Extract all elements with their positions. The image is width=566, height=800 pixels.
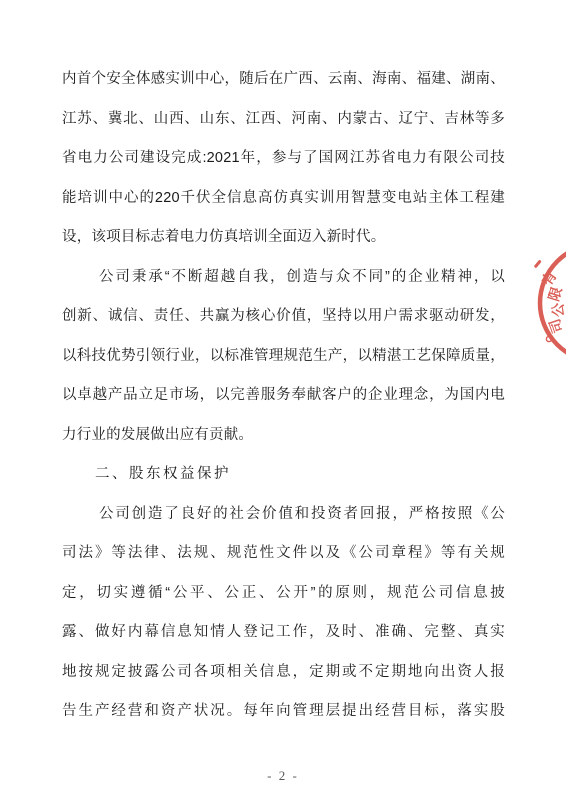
- seal-character: 司: [546, 317, 566, 335]
- text-line: 定，切实遵循“公平、公正、公开”的原则，规范公司信息披: [62, 574, 505, 614]
- text-line: 能培训中心的220千伏全信息高仿真实训用智慧变电站主体工程建: [62, 179, 505, 219]
- text-line: 以卓越产品立足市场，以完善服务奉献客户的企业理念，为国内电: [62, 376, 505, 416]
- text-line: 力行业的发展做出应有贡献。: [62, 416, 505, 456]
- text-line: 创新、诚信、责任、共赢为核心价值，坚持以用户需求驱动研发，: [62, 297, 505, 337]
- document-page: 内首个安全体感实训中心，随后在广西、云南、海南、福建、湖南、 江苏、冀北、山西、…: [0, 0, 566, 800]
- document-body: 内首个安全体感实训中心，随后在广西、云南、海南、福建、湖南、 江苏、冀北、山西、…: [62, 60, 505, 732]
- text-line: 省电力公司建设完成:2021年，参与了国网江苏省电力有限公司技: [62, 139, 505, 179]
- section-heading: 二、股东权益保护: [62, 455, 505, 495]
- text-line: 江苏、冀北、山西、山东、江西、河南、内蒙古、辽宁、吉林等多: [62, 100, 505, 140]
- company-seal: 有 限 公 司: [529, 233, 566, 373]
- text-line: 以科技优势引领行业，以标准管理规范生产，以精湛工艺保障质量，: [62, 337, 505, 377]
- text-line: 设，该项目标志着电力仿真培训全面迈入新时代。: [62, 218, 505, 258]
- text-line: 内首个安全体感实训中心，随后在广西、云南、海南、福建、湖南、: [62, 60, 505, 100]
- seal-character: 限: [545, 285, 564, 303]
- page-number: - 2 -: [0, 768, 566, 784]
- seal-character: 公: [550, 302, 566, 317]
- text-line: 公司创造了良好的社会价值和投资者回报，严格按照《公: [62, 495, 505, 535]
- text-line: 告生产经营和资产状况。每年向管理层提出经营目标，落实股: [62, 692, 505, 732]
- seal-stray-mark: [534, 260, 542, 269]
- text-line: 露、做好内幕信息知情人登记工作，及时、准确、完整、真实: [62, 613, 505, 653]
- text-line: 地按规定披露公司各项相关信息，定期或不定期地向出资人报: [62, 653, 505, 693]
- text-line: 司法》等法律、法规、规范性文件以及《公司章程》等有关规: [62, 534, 505, 574]
- text-line: 公司秉承“不断超越自我，创造与众不同”的企业精神，以: [62, 258, 505, 298]
